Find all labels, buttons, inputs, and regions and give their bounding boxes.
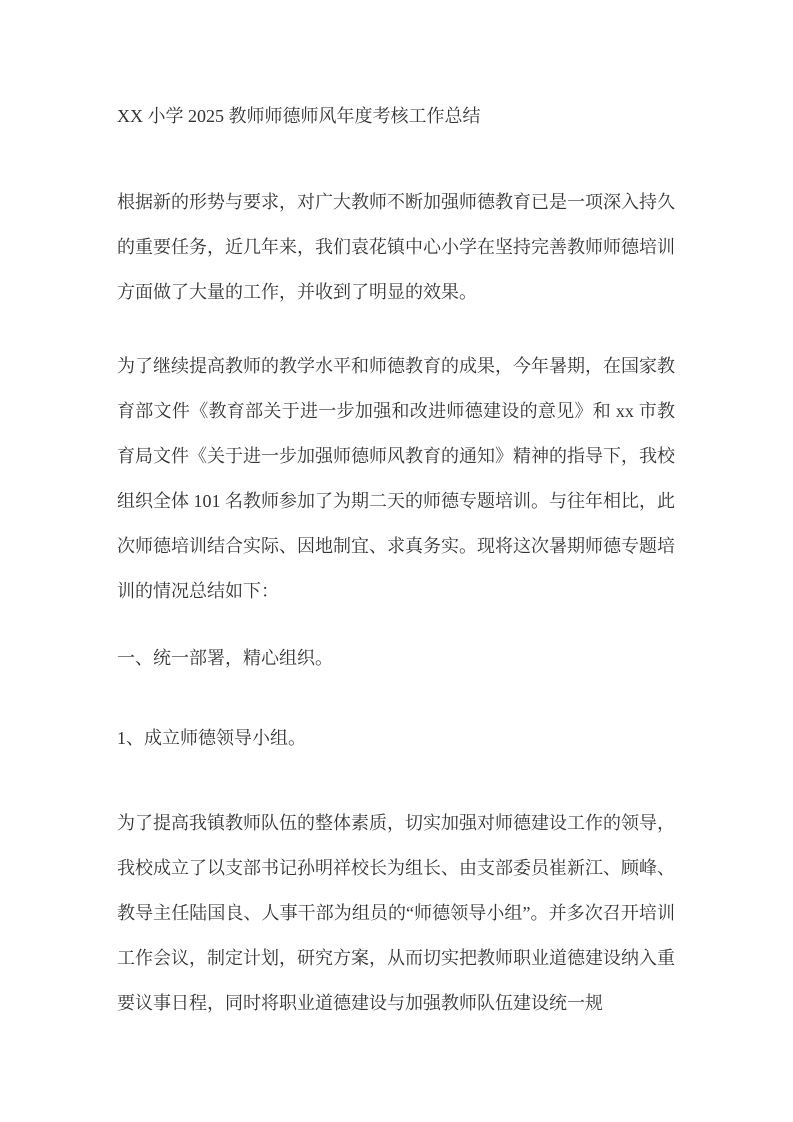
paragraph-training-overview: 为了继续提高教师的教学水平和师德教育的成果，今年暑期，在国家教育部文件《教育部关… [117, 344, 675, 614]
document-title: XX 小学 2025 教师师德师风年度考核工作总结 [117, 94, 675, 139]
paragraph-leadership-group-details: 为了提高我镇教师队伍的整体素质，切实加强对师德建设工作的领导，我校成立了以支部书… [117, 801, 675, 1026]
paragraph-intro: 根据新的形势与要求，对广大教师不断加强师德教育已是一项深入持久的重要任务，近几年… [117, 180, 675, 315]
section-heading-unified-deployment: 一、统一部署，精心组织。 [117, 636, 675, 681]
document-page: XX 小学 2025 教师师德师风年度考核工作总结 根据新的形势与要求，对广大教… [0, 0, 793, 1122]
sub-heading-leadership-group: 1、成立师德领导小组。 [117, 716, 675, 761]
